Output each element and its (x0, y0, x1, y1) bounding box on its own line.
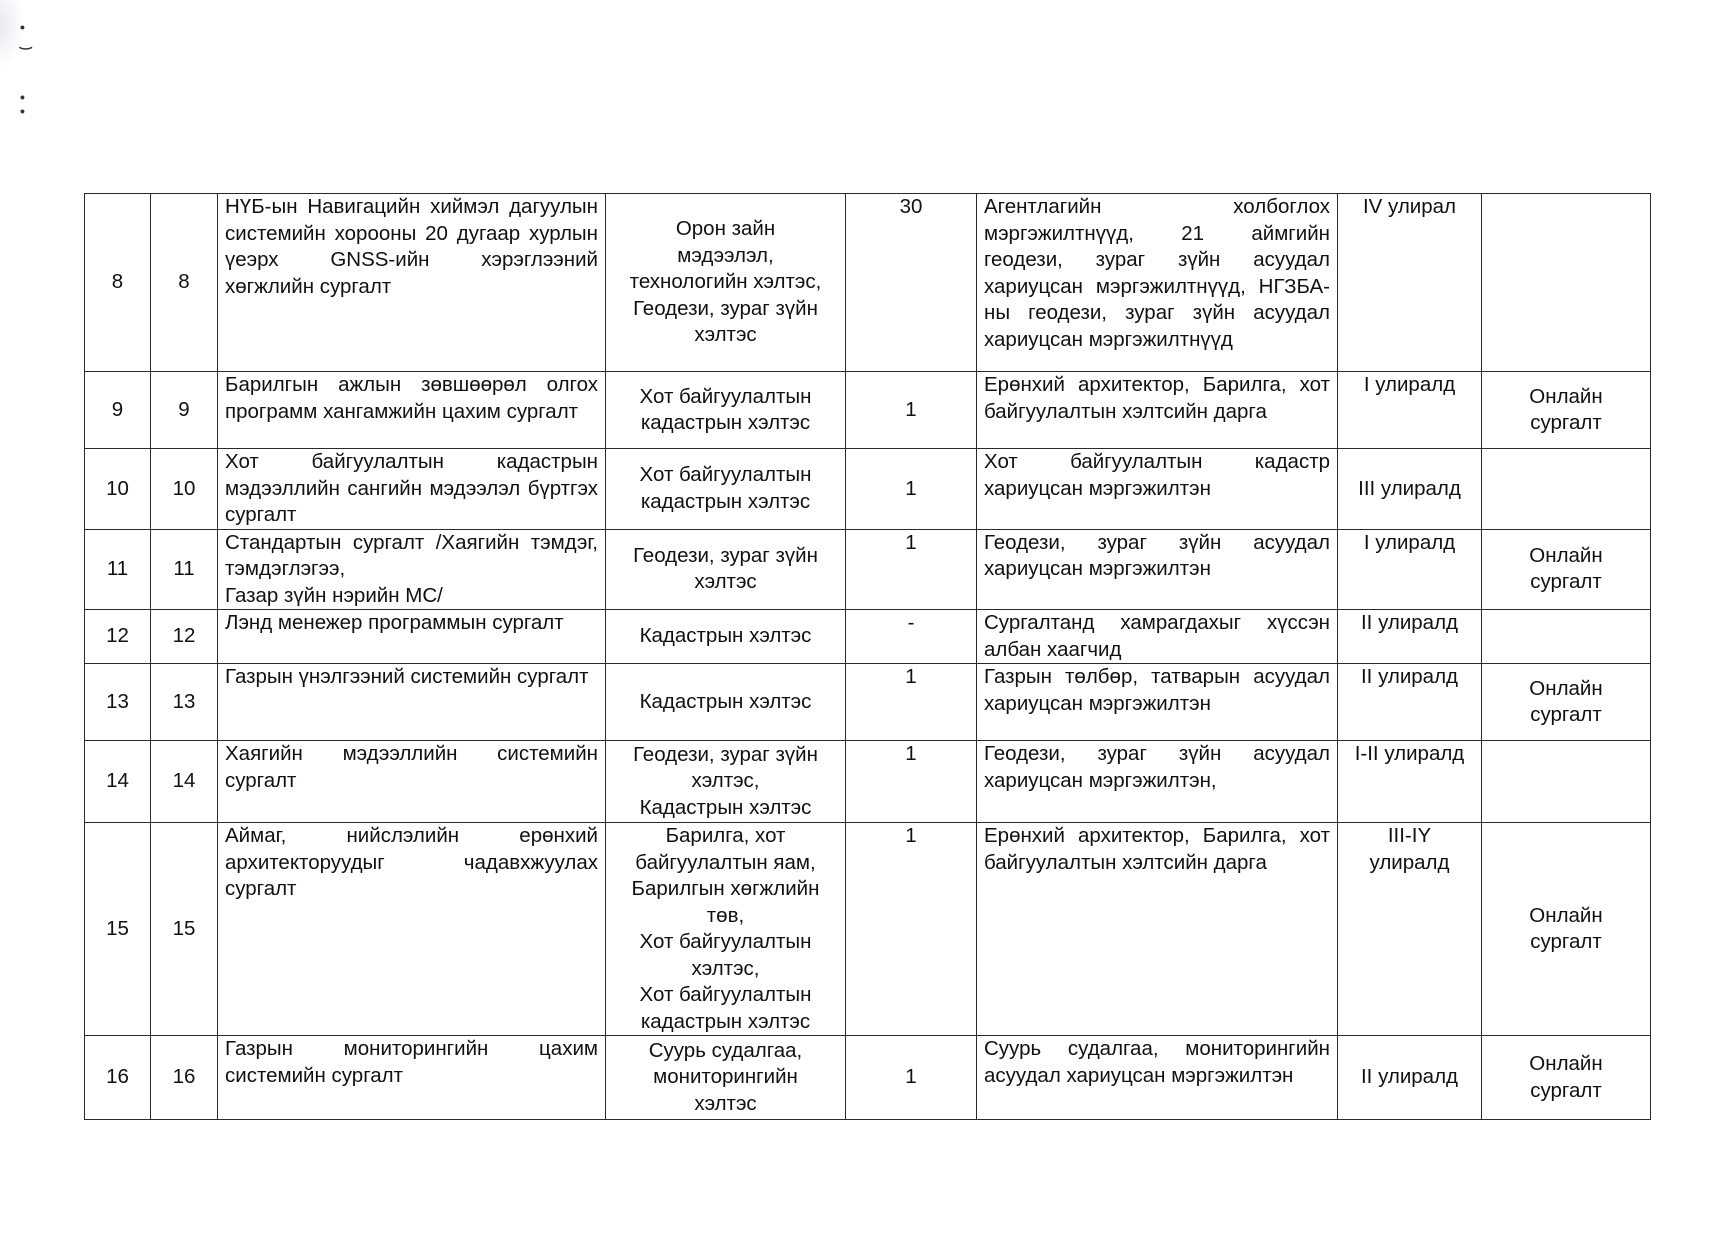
row-number-cell: 13 (85, 664, 151, 741)
row-sub-number-cell: 14 (151, 741, 218, 823)
note: Онлайн сургалт (1529, 677, 1602, 727)
time-period: III-IY улиралд (1370, 824, 1450, 874)
participant-count-cell: 30 (846, 194, 977, 372)
note-cell: Онлайн сургалт (1482, 1036, 1651, 1120)
responsible-unit-cell: Барилга, хот байгуулалтын яам, Барилгын … (606, 823, 846, 1036)
responsible-unit-cell: Кадастрын хэлтэс (606, 664, 846, 741)
participant-count-cell: 1 (846, 372, 977, 449)
participant-count-cell: 1 (846, 1036, 977, 1120)
responsible-unit-cell: Хот байгуулалтын кадастрын хэлтэс (606, 372, 846, 449)
note: Онлайн сургалт (1529, 904, 1602, 954)
target-group: Сургалтанд хамрагдахыг хүссэн албан хааг… (984, 611, 1330, 661)
note: Онлайн сургалт (1529, 1052, 1602, 1102)
row-sub-number: 15 (173, 917, 196, 940)
time-period-cell: IV улирал (1338, 194, 1482, 372)
row-number: 9 (112, 398, 123, 421)
table-row: 1111Стандартын сургалт /Хаягийн тэмдэг, … (85, 529, 1651, 610)
row-number-cell: 9 (85, 372, 151, 449)
training-title-cell: Газрын мониторингийн цахим системийн сур… (218, 1036, 606, 1120)
time-period-cell: II улиралд (1338, 610, 1482, 664)
row-sub-number: 9 (178, 398, 189, 421)
target-group-cell: Сургалтанд хамрагдахыг хүссэн албан хааг… (977, 610, 1338, 664)
training-title: Аймаг, нийслэлийн ерөнхий архитекторууды… (225, 824, 598, 900)
row-sub-number-cell: 10 (151, 449, 218, 530)
time-period: I-II улиралд (1355, 742, 1465, 765)
target-group: Ерөнхий архитектор, Барилга, хот байгуул… (984, 373, 1330, 423)
target-group: Хот байгуулалтын кадастр хариуцсан мэргэ… (984, 450, 1330, 500)
table-row: 1010Хот байгуулалтын кадастрын мэдээллий… (85, 449, 1651, 530)
time-period: II улиралд (1361, 665, 1458, 688)
note-cell (1482, 449, 1651, 530)
training-title-cell: Барилгын ажлын зөвшөөрөл олгох программ … (218, 372, 606, 449)
training-title: Стандартын сургалт /Хаягийн тэмдэг, тэмд… (225, 531, 598, 607)
training-title: Хот байгуулалтын кадастрын мэдээллийн са… (225, 450, 598, 526)
training-title-cell: Стандартын сургалт /Хаягийн тэмдэг, тэмд… (218, 529, 606, 610)
row-sub-number-cell: 11 (151, 529, 218, 610)
table-row: 1313Газрын үнэлгээний системийн сургалтК… (85, 664, 1651, 741)
time-period: II улиралд (1361, 1065, 1458, 1088)
note-cell (1482, 194, 1651, 372)
row-number: 8 (112, 270, 123, 293)
participant-count: 1 (905, 477, 916, 500)
responsible-unit-cell: Хот байгуулалтын кадастрын хэлтэс (606, 449, 846, 530)
row-number: 13 (106, 690, 129, 713)
note: Онлайн сургалт (1529, 385, 1602, 435)
row-sub-number-cell: 16 (151, 1036, 218, 1120)
time-period-cell: I улиралд (1338, 529, 1482, 610)
row-number: 10 (106, 477, 129, 500)
target-group-cell: Суурь судалгаа, мониторингийн асуудал ха… (977, 1036, 1338, 1120)
training-title-cell: Газрын үнэлгээний системийн сургалт (218, 664, 606, 741)
row-number-cell: 8 (85, 194, 151, 372)
row-number: 11 (107, 557, 128, 580)
participant-count-cell: 1 (846, 741, 977, 823)
row-sub-number: 16 (173, 1065, 196, 1088)
row-number: 14 (106, 769, 129, 792)
participant-count-cell: 1 (846, 449, 977, 530)
target-group: Агентлагийн холбоглох мэргэжилтнүүд, 21 … (984, 195, 1330, 351)
responsible-unit-cell: Орон зайн мэдээлэл, технологийн хэлтэс, … (606, 194, 846, 372)
target-group: Геодези, зураг зүйн асуудал хариуцсан мэ… (984, 742, 1330, 792)
target-group-cell: Геодези, зураг зүйн асуудал хариуцсан мэ… (977, 529, 1338, 610)
time-period-cell: II улиралд (1338, 664, 1482, 741)
participant-count-cell: - (846, 610, 977, 664)
time-period: II улиралд (1361, 611, 1458, 634)
target-group: Суурь судалгаа, мониторингийн асуудал ха… (984, 1037, 1330, 1087)
responsible-unit-cell: Суурь судалгаа, мониторингийн хэлтэс (606, 1036, 846, 1120)
target-group-cell: Ерөнхий архитектор, Барилга, хот байгуул… (977, 823, 1338, 1036)
participant-count: 1 (905, 1065, 916, 1088)
participant-count: 1 (905, 742, 916, 765)
target-group: Геодези, зураг зүйн асуудал хариуцсан мэ… (984, 531, 1330, 581)
responsible-unit: Геодези, зураг зүйн хэлтэс, Кадастрын хэ… (633, 743, 818, 819)
target-group: Газрын төлбөр, татварын асуудал хариуцса… (984, 665, 1330, 715)
responsible-unit: Кадастрын хэлтэс (640, 624, 812, 647)
time-period: IV улирал (1363, 195, 1456, 218)
row-number-cell: 10 (85, 449, 151, 530)
row-sub-number: 10 (173, 477, 196, 500)
row-number-cell: 14 (85, 741, 151, 823)
participant-count: 1 (905, 531, 916, 554)
row-sub-number: 12 (173, 624, 196, 647)
row-sub-number: 14 (173, 769, 196, 792)
note-cell (1482, 610, 1651, 664)
participant-count: 1 (905, 398, 916, 421)
scanned-page: • ‿ • • 88НҮБ-ын Навигацийн хиймэл дагуу… (0, 0, 1719, 1235)
responsible-unit: Кадастрын хэлтэс (640, 690, 812, 713)
row-sub-number-cell: 12 (151, 610, 218, 664)
training-title-cell: НҮБ-ын Навигацийн хиймэл дагуулын систем… (218, 194, 606, 372)
row-number: 15 (106, 917, 129, 940)
row-number-cell: 11 (85, 529, 151, 610)
participant-count: 30 (900, 195, 923, 218)
training-title: Барилгын ажлын зөвшөөрөл олгох программ … (225, 373, 598, 423)
note: Онлайн сургалт (1529, 544, 1602, 594)
participant-count-cell: 1 (846, 823, 977, 1036)
participant-count: 1 (905, 824, 916, 847)
note-cell: Онлайн сургалт (1482, 664, 1651, 741)
training-title: Газрын үнэлгээний системийн сургалт (225, 665, 589, 688)
target-group-cell: Ерөнхий архитектор, Барилга, хот байгуул… (977, 372, 1338, 449)
training-title-cell: Лэнд менежер программын сургалт (218, 610, 606, 664)
responsible-unit: Орон зайн мэдээлэл, технологийн хэлтэс, … (630, 217, 822, 346)
row-number: 12 (106, 624, 129, 647)
time-period: III улиралд (1358, 477, 1461, 500)
row-sub-number: 11 (173, 557, 194, 580)
responsible-unit: Геодези, зураг зүйн хэлтэс (633, 544, 818, 594)
participant-count-cell: 1 (846, 529, 977, 610)
training-title-cell: Хаягийн мэдээллийн системийн сургалт (218, 741, 606, 823)
table-row: 1414Хаягийн мэдээллийн системийн сургалт… (85, 741, 1651, 823)
time-period-cell: I-II улиралд (1338, 741, 1482, 823)
responsible-unit: Хот байгуулалтын кадастрын хэлтэс (640, 463, 812, 513)
time-period-cell: III-IY улиралд (1338, 823, 1482, 1036)
table-row: 1212Лэнд менежер программын сургалтКадас… (85, 610, 1651, 664)
training-plan-table: 88НҮБ-ын Навигацийн хиймэл дагуулын сист… (84, 193, 1651, 1120)
training-title-cell: Аймаг, нийслэлийн ерөнхий архитекторууды… (218, 823, 606, 1036)
row-number: 16 (106, 1065, 129, 1088)
table-row: 1515Аймаг, нийслэлийн ерөнхий архитектор… (85, 823, 1651, 1036)
row-sub-number-cell: 13 (151, 664, 218, 741)
participant-count: 1 (905, 665, 916, 688)
target-group: Ерөнхий архитектор, Барилга, хот байгуул… (984, 824, 1330, 874)
time-period-cell: II улиралд (1338, 1036, 1482, 1120)
row-sub-number-cell: 8 (151, 194, 218, 372)
training-title-cell: Хот байгуулалтын кадастрын мэдээллийн са… (218, 449, 606, 530)
row-sub-number: 13 (173, 690, 196, 713)
time-period-cell: III улиралд (1338, 449, 1482, 530)
row-sub-number-cell: 15 (151, 823, 218, 1036)
training-title: Лэнд менежер программын сургалт (225, 611, 564, 634)
note-cell: Онлайн сургалт (1482, 372, 1651, 449)
table-row: 1616Газрын мониторингийн цахим системийн… (85, 1036, 1651, 1120)
row-sub-number: 8 (178, 270, 189, 293)
table-body: 88НҮБ-ын Навигацийн хиймэл дагуулын сист… (85, 194, 1651, 1120)
target-group-cell: Агентлагийн холбоглох мэргэжилтнүүд, 21 … (977, 194, 1338, 372)
responsible-unit: Суурь судалгаа, мониторингийн хэлтэс (649, 1039, 803, 1115)
training-title: Хаягийн мэдээллийн системийн сургалт (225, 742, 598, 792)
note-cell (1482, 741, 1651, 823)
row-number-cell: 12 (85, 610, 151, 664)
time-period-cell: I улиралд (1338, 372, 1482, 449)
responsible-unit-cell: Кадастрын хэлтэс (606, 610, 846, 664)
row-sub-number-cell: 9 (151, 372, 218, 449)
time-period: I улиралд (1364, 531, 1455, 554)
responsible-unit-cell: Геодези, зураг зүйн хэлтэс (606, 529, 846, 610)
note-cell: Онлайн сургалт (1482, 529, 1651, 610)
training-title: Газрын мониторингийн цахим системийн сур… (225, 1037, 598, 1087)
note-cell: Онлайн сургалт (1482, 823, 1651, 1036)
row-number-cell: 15 (85, 823, 151, 1036)
table-row: 88НҮБ-ын Навигацийн хиймэл дагуулын сист… (85, 194, 1651, 372)
participant-count: - (908, 611, 915, 634)
responsible-unit: Барилга, хот байгуулалтын яам, Барилгын … (632, 824, 820, 1033)
scan-mark-top: • ‿ (20, 20, 35, 48)
scan-mark-second: • • (20, 90, 27, 118)
training-title: НҮБ-ын Навигацийн хиймэл дагуулын систем… (225, 195, 598, 298)
time-period: I улиралд (1364, 373, 1455, 396)
target-group-cell: Геодези, зураг зүйн асуудал хариуцсан мэ… (977, 741, 1338, 823)
responsible-unit: Хот байгуулалтын кадастрын хэлтэс (640, 385, 812, 435)
participant-count-cell: 1 (846, 664, 977, 741)
responsible-unit-cell: Геодези, зураг зүйн хэлтэс, Кадастрын хэ… (606, 741, 846, 823)
target-group-cell: Газрын төлбөр, татварын асуудал хариуцса… (977, 664, 1338, 741)
target-group-cell: Хот байгуулалтын кадастр хариуцсан мэргэ… (977, 449, 1338, 530)
row-number-cell: 16 (85, 1036, 151, 1120)
table-row: 99Барилгын ажлын зөвшөөрөл олгох програм… (85, 372, 1651, 449)
